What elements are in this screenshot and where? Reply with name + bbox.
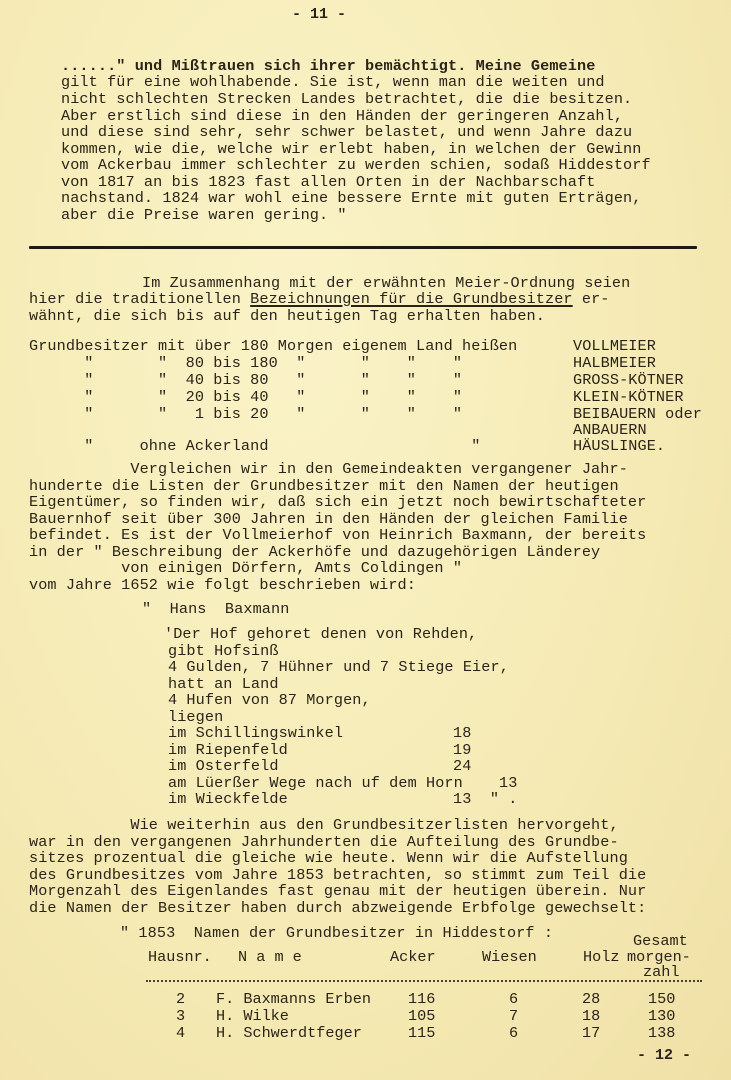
text-line: Eigentümer, so finden wir, daß sich ein … xyxy=(29,494,646,511)
text-line: befindet. Es ist der Vollmeierhof von He… xyxy=(29,527,646,544)
header-wiesen: Wiesen xyxy=(482,949,537,966)
header-holz: Holz xyxy=(583,949,619,966)
typewritten-page: - 11 - ......" und Mißtrauen sich ihrer … xyxy=(0,0,731,1080)
class-row-text: " " 40 bis 80 " " " " xyxy=(29,372,462,389)
text-line: Vergleichen wir in den Gemeindeakten ver… xyxy=(29,461,628,478)
page-number-footer: - 12 - xyxy=(637,1047,691,1064)
cell-total: 150 xyxy=(648,991,675,1008)
record-owner: " Hans Baxmann xyxy=(142,601,289,618)
text-line: von einigen Dörfern, Amts Coldingen " xyxy=(29,560,462,577)
text-line: vom Ackerbau immer schlechter zu werden … xyxy=(61,157,651,174)
class-row-text: " " 20 bis 40 " " " " xyxy=(29,389,462,406)
header-total-line3: zahl xyxy=(643,964,679,981)
text-line: nicht schlechten Strecken Landes betrach… xyxy=(61,91,632,108)
cell-hausnr: 3 xyxy=(176,1008,185,1025)
underlined-term: Bezeichnungen für die Grundbesitzer xyxy=(250,290,573,308)
cell-wiesen: 7 xyxy=(509,1008,518,1025)
text-line: vom Jahre 1652 wie folgt beschrieben wir… xyxy=(29,577,416,594)
text-line: wähnt, die sich bis auf den heutigen Tag… xyxy=(29,308,545,325)
cell-holz: 18 xyxy=(582,1008,600,1025)
text-line: aber die Preise waren gering. " xyxy=(61,207,347,224)
header-name: N a m e xyxy=(238,949,302,966)
text-line: hier die traditionellen Bezeichnungen fü… xyxy=(29,291,610,308)
class-row-text: " ohne Ackerland " xyxy=(29,438,481,455)
cell-acker: 116 xyxy=(408,991,435,1008)
text-line: 4 Hufen von 87 Morgen, xyxy=(168,692,371,709)
field-morgen: 24 xyxy=(453,758,471,775)
field-place: im Schillingswinkel xyxy=(168,725,343,742)
header-acker: Acker xyxy=(390,949,436,966)
cell-name: H. Wilke xyxy=(216,1008,289,1025)
text-segment: hier die traditionellen xyxy=(29,290,250,308)
table-header-rule xyxy=(146,980,702,982)
class-term: HALBMEIER xyxy=(573,355,656,372)
field-place: im Wieckfelde xyxy=(168,791,288,808)
table-title: " 1853 Namen der Grundbesitzer in Hiddes… xyxy=(120,925,553,942)
class-row-text: " " 80 bis 180 " " " " xyxy=(29,355,462,372)
cell-holz: 28 xyxy=(582,991,600,1008)
cell-total: 138 xyxy=(648,1025,675,1042)
text-line: sitzes prozentual die gleiche wie heute.… xyxy=(29,850,628,867)
text-line: gilt für eine wohlhabende. Sie ist, wenn… xyxy=(61,74,605,91)
cell-wiesen: 6 xyxy=(509,1025,518,1042)
header-hausnr: Hausnr. xyxy=(148,949,212,966)
text-line: und diese sind sehr, sehr schwer belaste… xyxy=(61,124,632,141)
text-segment: er- xyxy=(573,290,610,308)
class-row-text: Grundbesitzer mit über 180 Morgen eigene… xyxy=(29,338,517,355)
cell-name: H. Schwerdtfeger xyxy=(216,1025,362,1042)
text-line: die Namen der Besitzer haben durch abzwe… xyxy=(29,900,646,917)
cell-name: F. Baxmanns Erben xyxy=(216,991,371,1008)
text-line: nachstand. 1824 war wohl eine bessere Er… xyxy=(61,190,641,207)
field-morgen: 13 " . xyxy=(453,791,518,808)
text-line: Morgenzahl des Eigenlandes fast genau mi… xyxy=(29,883,646,900)
class-term: VOLLMEIER xyxy=(573,338,656,355)
class-row-text: " " 1 bis 20 " " " " xyxy=(29,406,462,423)
section-divider xyxy=(29,246,697,249)
page-number-header: - 11 - xyxy=(292,6,346,23)
class-term: GROSS-KÖTNER xyxy=(573,372,684,389)
cell-acker: 105 xyxy=(408,1008,435,1025)
cell-total: 130 xyxy=(648,1008,675,1025)
text-line: 'Der Hof gehoret denen von Rehden, xyxy=(164,626,477,643)
cell-hausnr: 4 xyxy=(176,1025,185,1042)
field-morgen: 18 xyxy=(453,725,471,742)
text-line: 4 Gulden, 7 Hühner und 7 Stiege Eier, xyxy=(168,659,509,676)
class-term: KLEIN-KÖTNER xyxy=(573,389,684,406)
class-term: HÄUSLINGE. xyxy=(573,438,665,455)
text-line: Wie weiterhin aus den Grundbesitzerliste… xyxy=(29,817,619,834)
cell-acker: 115 xyxy=(408,1025,435,1042)
cell-holz: 17 xyxy=(582,1025,600,1042)
cell-hausnr: 2 xyxy=(176,991,185,1008)
cell-wiesen: 6 xyxy=(509,991,518,1008)
field-place: im Osterfeld xyxy=(168,758,279,775)
